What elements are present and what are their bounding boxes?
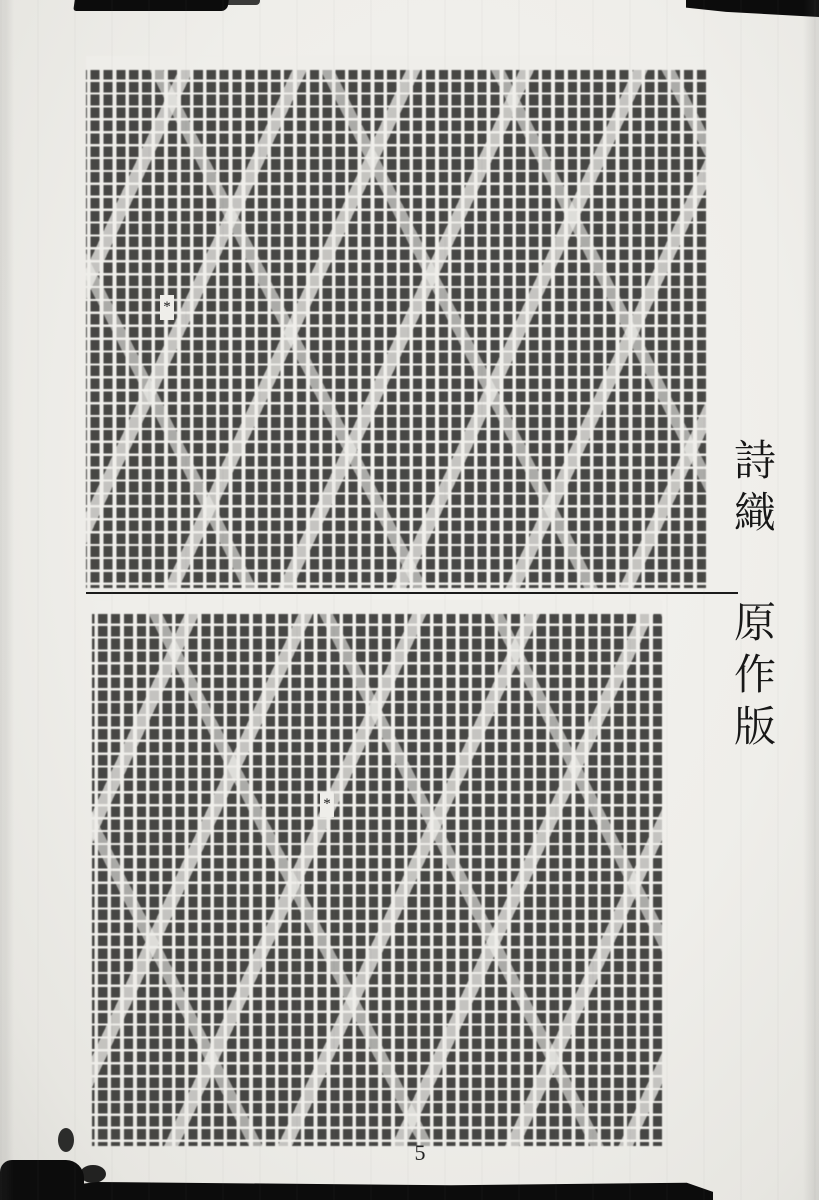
page-title-vertical-line1: 詩織 [730,438,772,542]
section-separator-asterisk: * [160,295,174,320]
scan-artifact-bottom-left [0,1160,84,1200]
section-separator-asterisk: * [320,792,334,817]
print-texture [92,600,662,1146]
section-divider-rule [86,592,738,594]
redacted-story-block-upper [86,56,706,588]
page-number: 5 [380,1140,460,1166]
print-texture [86,56,706,588]
scan-artifact-bottom-bar [58,1182,713,1200]
scan-artifact-ink-spot [58,1128,74,1152]
scan-artifact-top-left-2 [220,0,260,5]
page-title-vertical-line2: 原作版 [730,600,772,756]
scan-artifact-ink-spot [80,1165,106,1183]
scan-artifact-top-right [686,0,819,17]
scanned-page: * * 詩織 原作版 5 [0,0,819,1200]
scan-artifact-top-left [73,0,229,11]
redacted-story-block-lower [92,600,662,1146]
